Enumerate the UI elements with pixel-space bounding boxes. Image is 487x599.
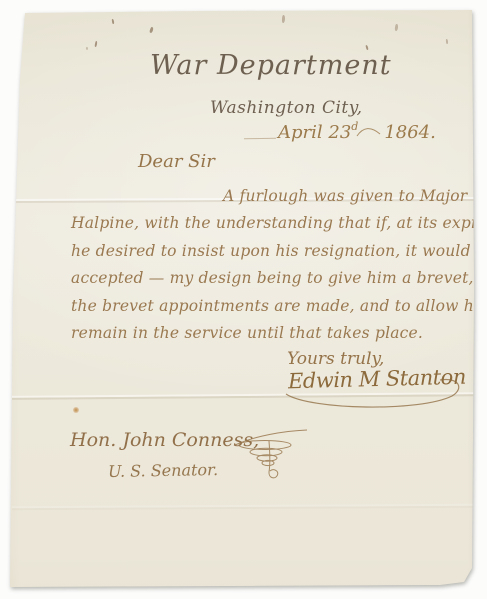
scanned-letter-photo: { "document": { "heading": { "department… — [0, 0, 487, 599]
pinhole — [112, 19, 115, 24]
body-line: accepted — my design being to give him a… — [71, 265, 473, 292]
body-line: Halpine, with the understanding that if,… — [71, 210, 473, 237]
pinhole — [86, 47, 88, 50]
pinhole — [149, 27, 154, 34]
date-year: 1864. — [384, 122, 436, 143]
pinhole — [446, 39, 448, 44]
date-swash-flourish — [356, 124, 382, 140]
body-line: he desired to insist upon his resignatio… — [71, 238, 473, 265]
body-line: the brevet appointments are made, and to… — [71, 293, 473, 320]
foxing-spot — [73, 407, 79, 413]
letter-page: War Department Washington City, April 23… — [0, 0, 487, 599]
date-text: April 23 — [278, 122, 351, 143]
letter-page-wrapper: War Department Washington City, April 23… — [0, 0, 487, 599]
fold-crease-faint — [12, 504, 474, 510]
pinhole — [94, 41, 97, 47]
spiral-flourish-doodle-icon — [233, 424, 309, 486]
recipient-title: U. S. Senator. — [108, 460, 218, 481]
signature: Edwin M Stanton — [288, 365, 466, 394]
recipient-name: Hon. John Conness, — [70, 429, 259, 451]
body-line: remain in the service until that takes p… — [71, 320, 473, 347]
body-line: A furlough was given to Major — [71, 183, 473, 210]
pinhole — [394, 24, 398, 31]
letterhead-department: War Department — [150, 50, 350, 81]
pinhole — [282, 15, 286, 23]
letter-body: A furlough was given to Major Halpine, w… — [71, 183, 473, 347]
letterhead-city: Washington City, — [210, 98, 363, 118]
date-flourish-line — [244, 138, 276, 140]
salutation: Dear Sir — [138, 151, 215, 172]
